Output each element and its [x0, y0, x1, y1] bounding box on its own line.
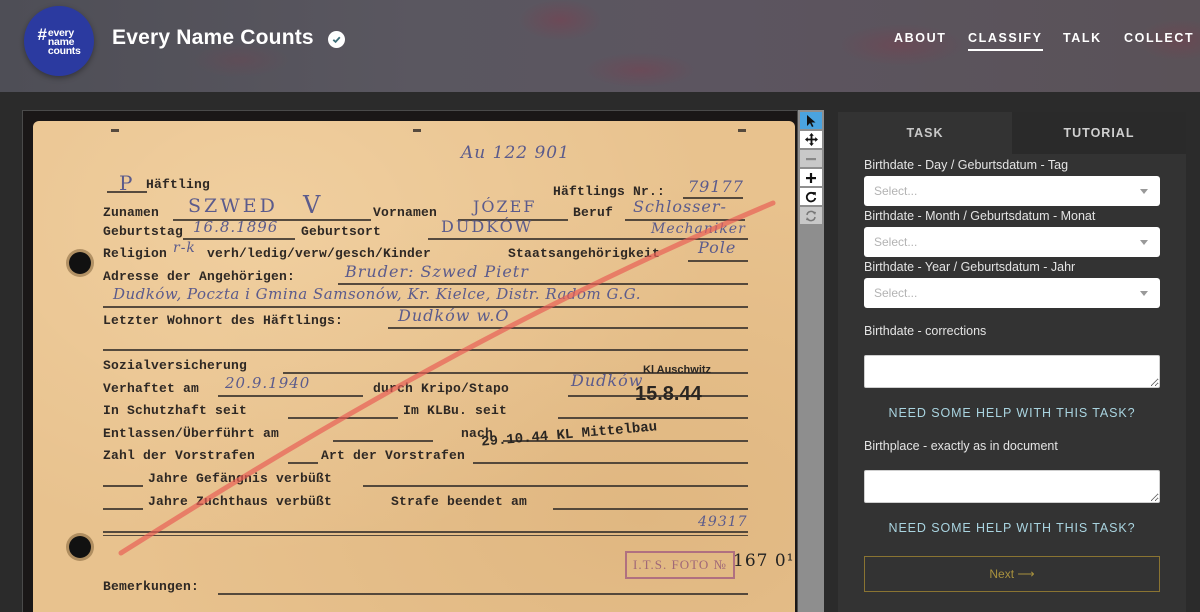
label-haeftling: Häftling — [146, 177, 210, 192]
hw-occupation-2: Mechaniker — [651, 221, 746, 237]
label-durch: durch Kripo/Stapo — [373, 381, 509, 396]
logo-hash: # — [37, 27, 46, 43]
site-header: # every name counts Every Name Counts AB… — [0, 0, 1200, 92]
stamp-mittelbau: 29.10.44 KL Mittelbau — [481, 419, 658, 450]
hw-arrest-place: Dudków — [571, 371, 643, 390]
birthdate-year-select[interactable]: Select... — [864, 278, 1160, 308]
its-foto-stamp: I.T.S. FOTO № — [625, 551, 735, 579]
pointer-icon[interactable] — [800, 112, 822, 129]
label-art-vorstrafen: Art der Vorstrafen — [321, 448, 465, 463]
hw-surname: SZWED — [188, 195, 278, 217]
label-vorname: Vornamen — [373, 205, 437, 220]
label-beruf: Beruf — [573, 205, 613, 220]
label-religion: Religion — [103, 246, 167, 261]
label-gefaengnis: Jahre Gefängnis verbüßt — [148, 471, 332, 486]
label-sozialversicherung: Sozialversicherung — [103, 358, 247, 373]
hw-address: Dudków, Poczta i Gmina Samsonów, Kr. Kie… — [113, 285, 641, 303]
project-title[interactable]: Every Name Counts — [112, 26, 314, 50]
select-placeholder: Select... — [874, 235, 917, 249]
nav-about[interactable]: ABOUT — [894, 31, 946, 45]
hw-nationality: Pole — [698, 238, 736, 257]
birthplace-label: Birthplace - exactly as in document — [864, 439, 1058, 453]
birthdate-day-select[interactable]: Select... — [864, 176, 1160, 206]
birthdate-year-label: Birthdate - Year / Geburtsdatum - Jahr — [864, 260, 1075, 274]
reset-icon[interactable] — [800, 207, 822, 224]
hw-stamp-number: 167 0¹ — [733, 551, 794, 571]
nav-talk[interactable]: TALK — [1063, 31, 1102, 45]
task-tabs: TASK TUTORIAL — [838, 112, 1186, 154]
punch-hole — [69, 252, 91, 274]
nav-classify[interactable]: CLASSIFY — [968, 31, 1043, 45]
select-placeholder: Select... — [874, 184, 917, 198]
rotate-icon[interactable] — [800, 188, 822, 205]
hw-relative: Bruder: Szwed Pietr — [345, 262, 529, 281]
label-family-status: verh/ledig/verw/gesch/Kinder — [207, 246, 431, 261]
hw-birthdate: 16.8.1896 — [193, 218, 278, 236]
label-klbu: Im KLBu. seit — [403, 403, 507, 418]
zoom-in-icon[interactable] — [800, 169, 822, 186]
birthdate-corrections-label: Birthdate - corrections — [864, 324, 986, 338]
stamp-kl-auschwitz: Kl Auschwitz — [643, 364, 711, 376]
label-entlassen: Entlassen/Überführt am — [103, 426, 279, 441]
nav-collect[interactable]: COLLECT — [1124, 31, 1194, 45]
hw-bottom-number: 49317 — [698, 514, 748, 530]
help-link[interactable]: NEED SOME HELP WITH THIS TASK? — [838, 521, 1186, 535]
move-icon[interactable] — [800, 131, 822, 148]
help-link[interactable]: NEED SOME HELP WITH THIS TASK? — [838, 406, 1186, 420]
image-toolbar — [798, 110, 824, 612]
logo-word: counts — [48, 47, 81, 56]
select-placeholder: Select... — [874, 286, 917, 300]
tab-task[interactable]: TASK — [838, 112, 1012, 154]
label-letzter-wohnort: Letzter Wohnort des Häftlings: — [103, 313, 343, 328]
task-panel: TASK TUTORIAL Birthdate - Day / Geburtsd… — [838, 112, 1186, 612]
chevron-down-icon — [1140, 189, 1148, 194]
archive-number: Au 122 901 — [461, 143, 570, 163]
classify-page: Au 122 901 P Häftling Häftlings Nr.: 791… — [0, 92, 1200, 612]
label-schutzhaft: In Schutzhaft seit — [103, 403, 247, 418]
chevron-down-icon — [1140, 291, 1148, 296]
subject-viewer[interactable]: Au 122 901 P Häftling Häftlings Nr.: 791… — [22, 110, 798, 612]
next-button[interactable]: Next ⟶ — [864, 556, 1160, 592]
label-bemerkungen: Bemerkungen: — [103, 579, 199, 594]
birthdate-corrections-input[interactable] — [864, 355, 1160, 388]
birthdate-day-label: Birthdate - Day / Geburtsdatum - Tag — [864, 158, 1068, 172]
stamp-date: 15.8.44 — [635, 383, 702, 406]
punch-hole — [69, 536, 91, 558]
every-name-counts-logo[interactable]: # every name counts — [24, 6, 94, 76]
zoom-out-icon[interactable] — [800, 150, 822, 167]
subject-image-prisoner-card[interactable]: Au 122 901 P Häftling Häftlings Nr.: 791… — [33, 121, 795, 612]
hw-occupation: Schlosser- — [633, 197, 727, 216]
label-geburtsort: Geburtsort — [301, 224, 381, 239]
hw-check: V — [303, 191, 321, 219]
hw-birthplace: DUDKÓW — [441, 217, 533, 236]
birthdate-month-select[interactable]: Select... — [864, 227, 1160, 257]
chevron-down-icon — [1140, 240, 1148, 245]
hw-first-name: JÓZEF — [473, 197, 536, 216]
hw-last-residence: Dudków w.O — [398, 306, 509, 325]
verified-check-icon — [328, 31, 345, 48]
label-zuname: Zunamen — [103, 205, 159, 220]
birthdate-month-label: Birthdate - Month / Geburtsdatum - Monat — [864, 209, 1095, 223]
label-strafe-beendet: Strafe beendet am — [391, 494, 527, 509]
its-stamp-text: I.T.S. FOTO № — [633, 557, 727, 572]
birthplace-input[interactable] — [864, 470, 1160, 503]
label-adresse: Adresse der Angehörigen: — [103, 269, 295, 284]
hw-religion: r-k — [173, 240, 196, 256]
label-zahl-vorstrafen: Zahl der Vorstrafen — [103, 448, 255, 463]
label-zuchthaus: Jahre Zuchthaus verbüßt — [148, 494, 332, 509]
label-staatsangehoerigkeit: Staatsangehörigkeit — [508, 246, 660, 261]
label-geburtstag: Geburtstag — [103, 224, 183, 239]
tab-tutorial[interactable]: TUTORIAL — [1012, 112, 1186, 154]
hw-arrest-date: 20.9.1940 — [225, 374, 310, 392]
label-verhaftet: Verhaftet am — [103, 381, 199, 396]
hw-prisoner-number: 79177 — [688, 177, 744, 196]
